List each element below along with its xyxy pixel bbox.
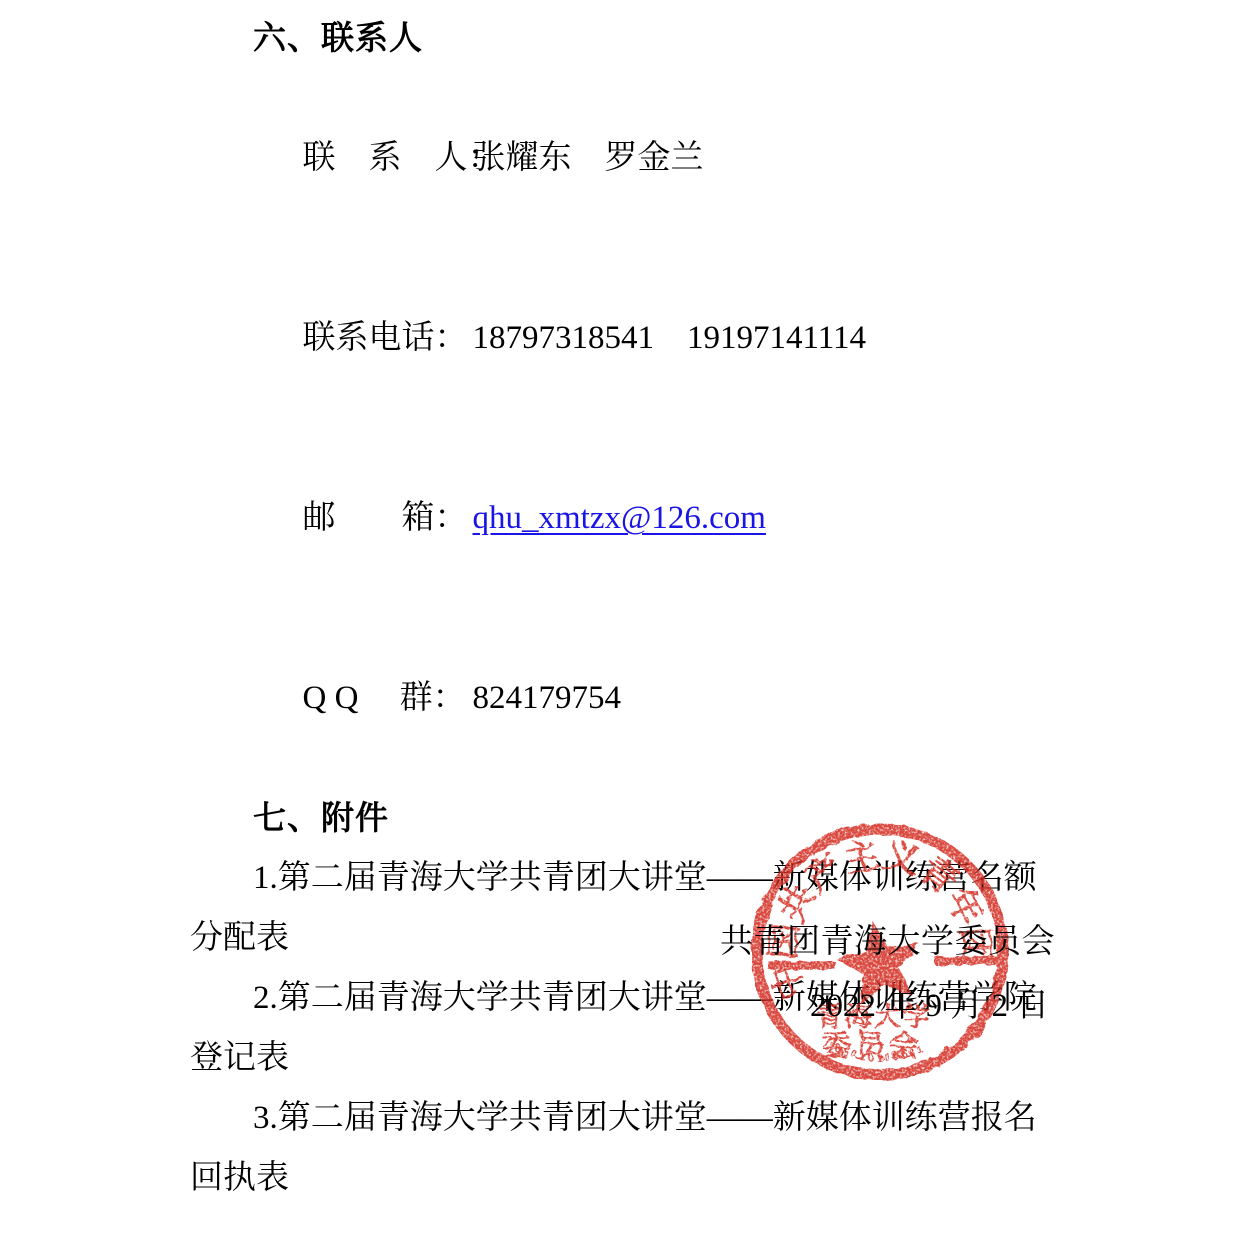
contact-label: 联系电话： [303, 308, 473, 368]
contact-value-qq-group: 824179754 [473, 680, 622, 716]
email-link[interactable]: qhu_xmtzx@126.com [473, 500, 766, 536]
signature-date: 2022 年 9 月 2 日 [810, 979, 1049, 1026]
attachment-line: 3.第二届青海大学共青团大讲堂——新媒体训练营报名 [190, 1088, 1070, 1148]
contact-row-person: 联 系 人：张耀东 罗金兰 [190, 68, 1070, 248]
section-heading-attachments: 七、附件 [190, 788, 1070, 848]
attachment-line: 登记表 [190, 1028, 1070, 1088]
contact-label: 邮 箱： [303, 488, 473, 548]
contact-row-qq: Q Q 群：824179754 [190, 608, 1070, 788]
contact-row-email: 邮 箱：qhu_xmtzx@126.com [190, 428, 1070, 608]
contact-row-phone: 联系电话：18797318541 19197141114 [190, 248, 1070, 428]
attachment-item: 3.第二届青海大学共青团大讲堂——新媒体训练营报名 回执表 [190, 1088, 1070, 1208]
document-page: 六、联系人 联 系 人：张耀东 罗金兰 联系电话：18797318541 191… [0, 0, 1240, 1250]
contact-label: 联 系 人： [303, 128, 473, 188]
contact-value-phones: 18797318541 19197141114 [473, 320, 867, 356]
section-heading-contacts: 六、联系人 [190, 8, 1070, 68]
contact-label: Q Q 群： [303, 668, 473, 728]
document-body: 六、联系人 联 系 人：张耀东 罗金兰 联系电话：18797318541 191… [190, 8, 1070, 1208]
attachment-line: 回执表 [190, 1148, 1070, 1208]
contact-value-names: 张耀东 罗金兰 [473, 140, 704, 176]
signature-organization: 共青团青海大学委员会 [720, 915, 1055, 962]
attachment-line: 1.第二届青海大学共青团大讲堂——新媒体训练营名额 [190, 848, 1070, 908]
